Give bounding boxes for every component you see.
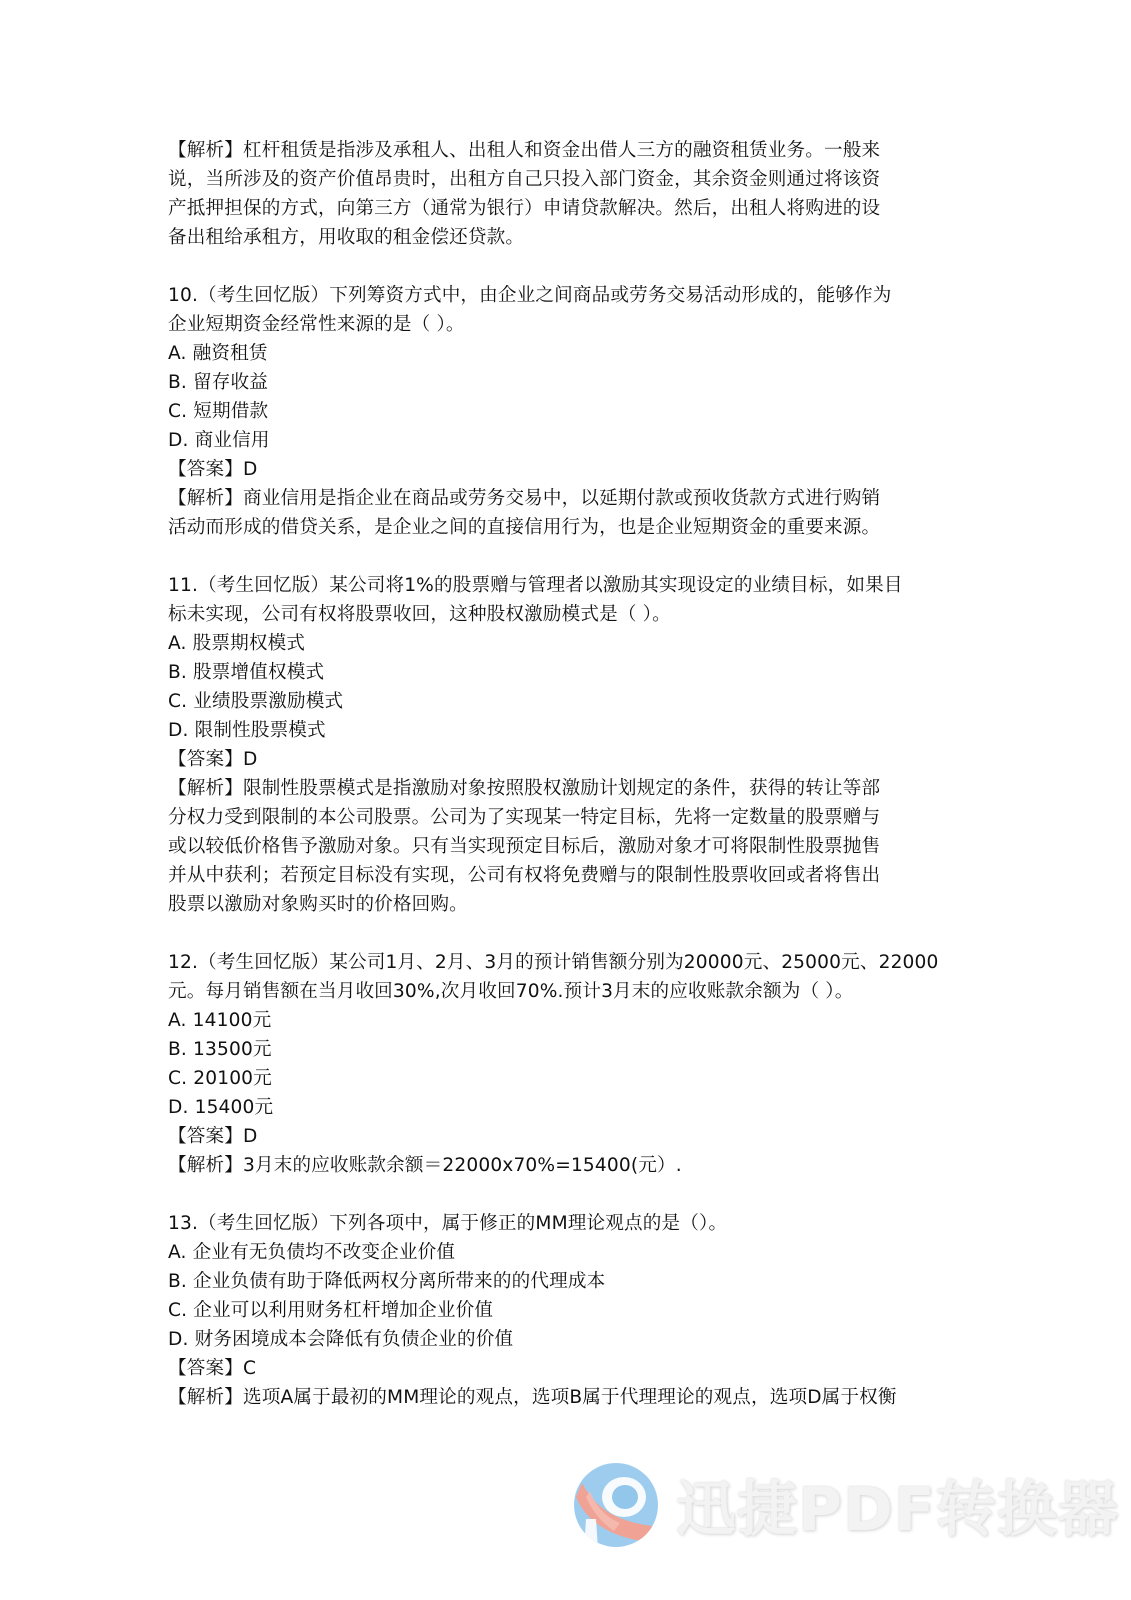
- question-stem: 13.（考生回忆版）下列各项中，属于修正的MM理论观点的是（）。: [168, 1209, 944, 1238]
- watermark-text: 迅捷PDF转换器: [676, 1462, 1119, 1548]
- option-d: D. 财务困境成本会降低有负债企业的价值: [168, 1325, 944, 1354]
- analysis-line: 产抵押担保的方式，向第三方（通常为银行）申请贷款解决。然后，出租人将购进的设: [168, 194, 944, 223]
- option-d: D. 15400元: [168, 1093, 944, 1122]
- document-page: 【解析】杠杆租赁是指涉及承租人、出租人和资金出借人三方的融资租赁业务。一般来 说…: [168, 136, 944, 1441]
- question-stem: 企业短期资金经常性来源的是（ ）。: [168, 310, 944, 339]
- option-a: A. 股票期权模式: [168, 629, 944, 658]
- watermark: 迅捷PDF转换器: [572, 1455, 1092, 1555]
- question-stem: 11.（考生回忆版）某公司将1%的股票赠与管理者以激励其实现设定的业绩目标，如果…: [168, 571, 944, 600]
- option-a: A. 14100元: [168, 1006, 944, 1035]
- option-c: C. 企业可以利用财务杠杆增加企业价值: [168, 1296, 944, 1325]
- option-b: B. 企业负债有助于降低两权分离所带来的的代理成本: [168, 1267, 944, 1296]
- analysis-line: 【解析】限制性股票模式是指激励对象按照股权激励计划规定的条件，获得的转让等部: [168, 774, 944, 803]
- option-d: D. 限制性股票模式: [168, 716, 944, 745]
- question-11: 11.（考生回忆版）某公司将1%的股票赠与管理者以激励其实现设定的业绩目标，如果…: [168, 571, 944, 919]
- question-stem: 元。每月销售额在当月收回30%,次月收回70%.预计3月末的应收账款余额为（ ）…: [168, 977, 944, 1006]
- question-stem: 标未实现，公司有权将股票收回，这种股权激励模式是（ ）。: [168, 600, 944, 629]
- option-b: B. 股票增值权模式: [168, 658, 944, 687]
- analysis-block-q9: 【解析】杠杆租赁是指涉及承租人、出租人和资金出借人三方的融资租赁业务。一般来 说…: [168, 136, 944, 252]
- analysis-line: 活动而形成的借贷关系，是企业之间的直接信用行为，也是企业短期资金的重要来源。: [168, 513, 944, 542]
- analysis-line: 说，当所涉及的资产价值昂贵时，出租方自己只投入部门资金，其余资金则通过将该资: [168, 165, 944, 194]
- analysis-line: 备出租给承租方，用收取的租金偿还贷款。: [168, 223, 944, 252]
- analysis-line: 【解析】商业信用是指企业在商品或劳务交易中，以延期付款或预收货款方式进行购销: [168, 484, 944, 513]
- answer: 【答案】C: [168, 1354, 944, 1383]
- option-c: C. 短期借款: [168, 397, 944, 426]
- option-c: C. 20100元: [168, 1064, 944, 1093]
- answer: 【答案】D: [168, 1122, 944, 1151]
- analysis-line: 【解析】3月末的应收账款余额＝22000x70%=15400(元）.: [168, 1151, 944, 1180]
- answer: 【答案】D: [168, 745, 944, 774]
- question-10: 10.（考生回忆版）下列筹资方式中，由企业之间商品或劳务交易活动形成的，能够作为…: [168, 281, 944, 542]
- analysis-line: 股票以激励对象购买时的价格回购。: [168, 890, 944, 919]
- xunjie-pdf-logo-icon: [572, 1461, 660, 1549]
- option-a: A. 融资租赁: [168, 339, 944, 368]
- question-12: 12.（考生回忆版）某公司1月、2月、3月的预计销售额分别为20000元、250…: [168, 948, 944, 1180]
- analysis-line: 分权力受到限制的本公司股票。公司为了实现某一特定目标，先将一定数量的股票赠与: [168, 803, 944, 832]
- option-b: B. 13500元: [168, 1035, 944, 1064]
- question-stem: 10.（考生回忆版）下列筹资方式中，由企业之间商品或劳务交易活动形成的，能够作为: [168, 281, 944, 310]
- analysis-line: 【解析】选项A属于最初的MM理论的观点，选项B属于代理理论的观点，选项D属于权衡: [168, 1383, 944, 1412]
- option-d: D. 商业信用: [168, 426, 944, 455]
- option-c: C. 业绩股票激励模式: [168, 687, 944, 716]
- question-13: 13.（考生回忆版）下列各项中，属于修正的MM理论观点的是（）。 A. 企业有无…: [168, 1209, 944, 1412]
- analysis-line: 或以较低价格售予激励对象。只有当实现预定目标后，激励对象才可将限制性股票抛售: [168, 832, 944, 861]
- analysis-line: 并从中获利；若预定目标没有实现，公司有权将免费赠与的限制性股票收回或者将售出: [168, 861, 944, 890]
- option-b: B. 留存收益: [168, 368, 944, 397]
- option-a: A. 企业有无负债均不改变企业价值: [168, 1238, 944, 1267]
- analysis-line: 【解析】杠杆租赁是指涉及承租人、出租人和资金出借人三方的融资租赁业务。一般来: [168, 136, 944, 165]
- answer: 【答案】D: [168, 455, 944, 484]
- question-stem: 12.（考生回忆版）某公司1月、2月、3月的预计销售额分别为20000元、250…: [168, 948, 944, 977]
